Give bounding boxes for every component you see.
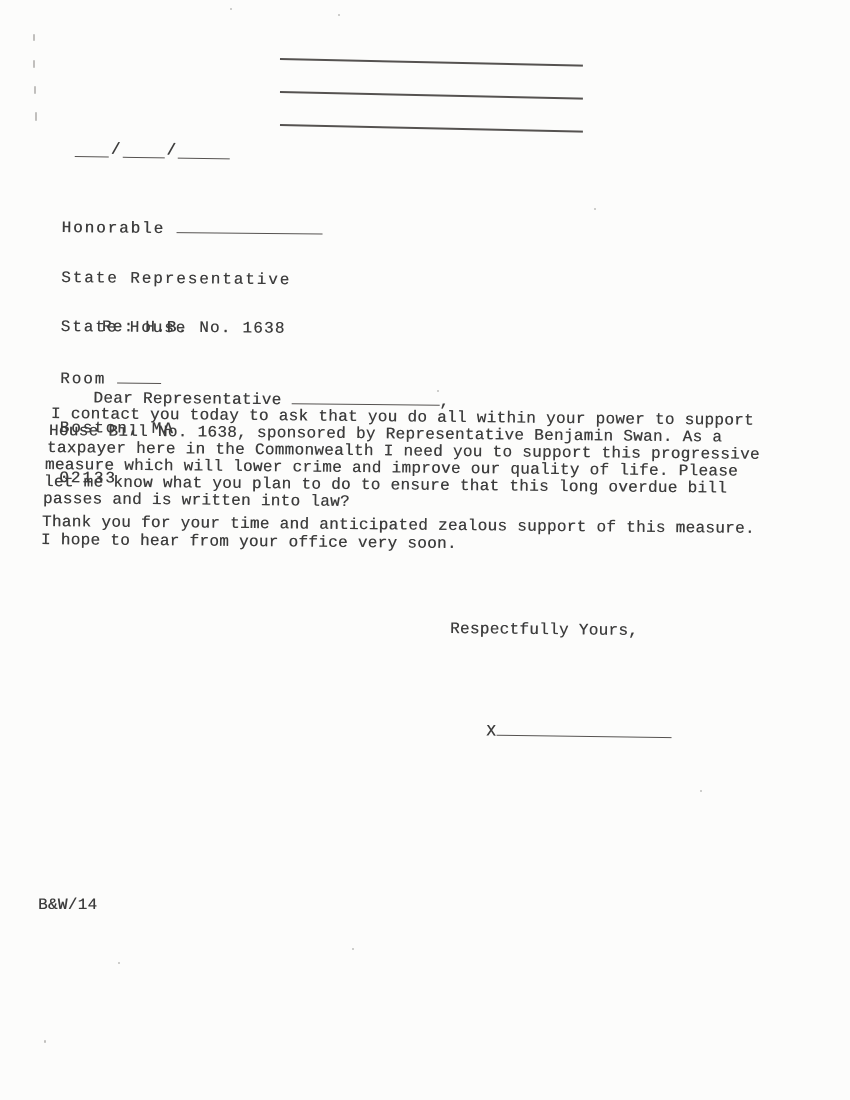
- date-slash-2: /: [164, 142, 178, 158]
- recipient-honorific: Honorable: [62, 219, 166, 238]
- scan-speck: [352, 948, 354, 950]
- salutation-name-blank: [291, 390, 439, 405]
- re-subject-line: Re: H.B. No. 1638: [102, 318, 286, 338]
- recipient-name-blank: [176, 219, 322, 234]
- scan-speck: [34, 86, 36, 94]
- scan-speck: [33, 34, 35, 41]
- footer-form-code: B&W/14: [38, 897, 97, 914]
- scan-speck: [338, 14, 340, 16]
- signature-x-mark: X: [486, 723, 496, 741]
- scanned-letter-page: / / Honorable State Representative State…: [0, 0, 850, 1100]
- date-slash-1: /: [109, 142, 123, 158]
- blank-header-line-3: [280, 124, 583, 133]
- scan-speck: [35, 112, 37, 121]
- scan-speck: [230, 8, 232, 10]
- closing-line: Respectfully Yours,: [450, 621, 638, 640]
- scan-speck: [437, 390, 439, 392]
- scan-speck: [700, 790, 702, 792]
- recipient-honorific-line: Honorable: [62, 218, 323, 239]
- date-blank-year: [178, 146, 230, 160]
- scan-speck: [118, 962, 120, 964]
- body-p2-line-2: I hope to hear from your office very soo…: [41, 532, 457, 553]
- scan-speck: [33, 60, 35, 68]
- scan-speck: [44, 1040, 46, 1043]
- date-blank-month: [75, 144, 109, 158]
- date-field: / /: [75, 141, 230, 159]
- scan-speck: [594, 208, 596, 210]
- signature-blank: [496, 721, 671, 738]
- recipient-title-line: State Representative: [61, 269, 322, 288]
- body-p1-line-6: passes and is written into law?: [43, 491, 350, 511]
- signature-line: X: [446, 703, 671, 760]
- blank-header-line-1: [280, 58, 583, 67]
- blank-header-line-2: [280, 91, 583, 100]
- date-blank-day: [122, 145, 164, 159]
